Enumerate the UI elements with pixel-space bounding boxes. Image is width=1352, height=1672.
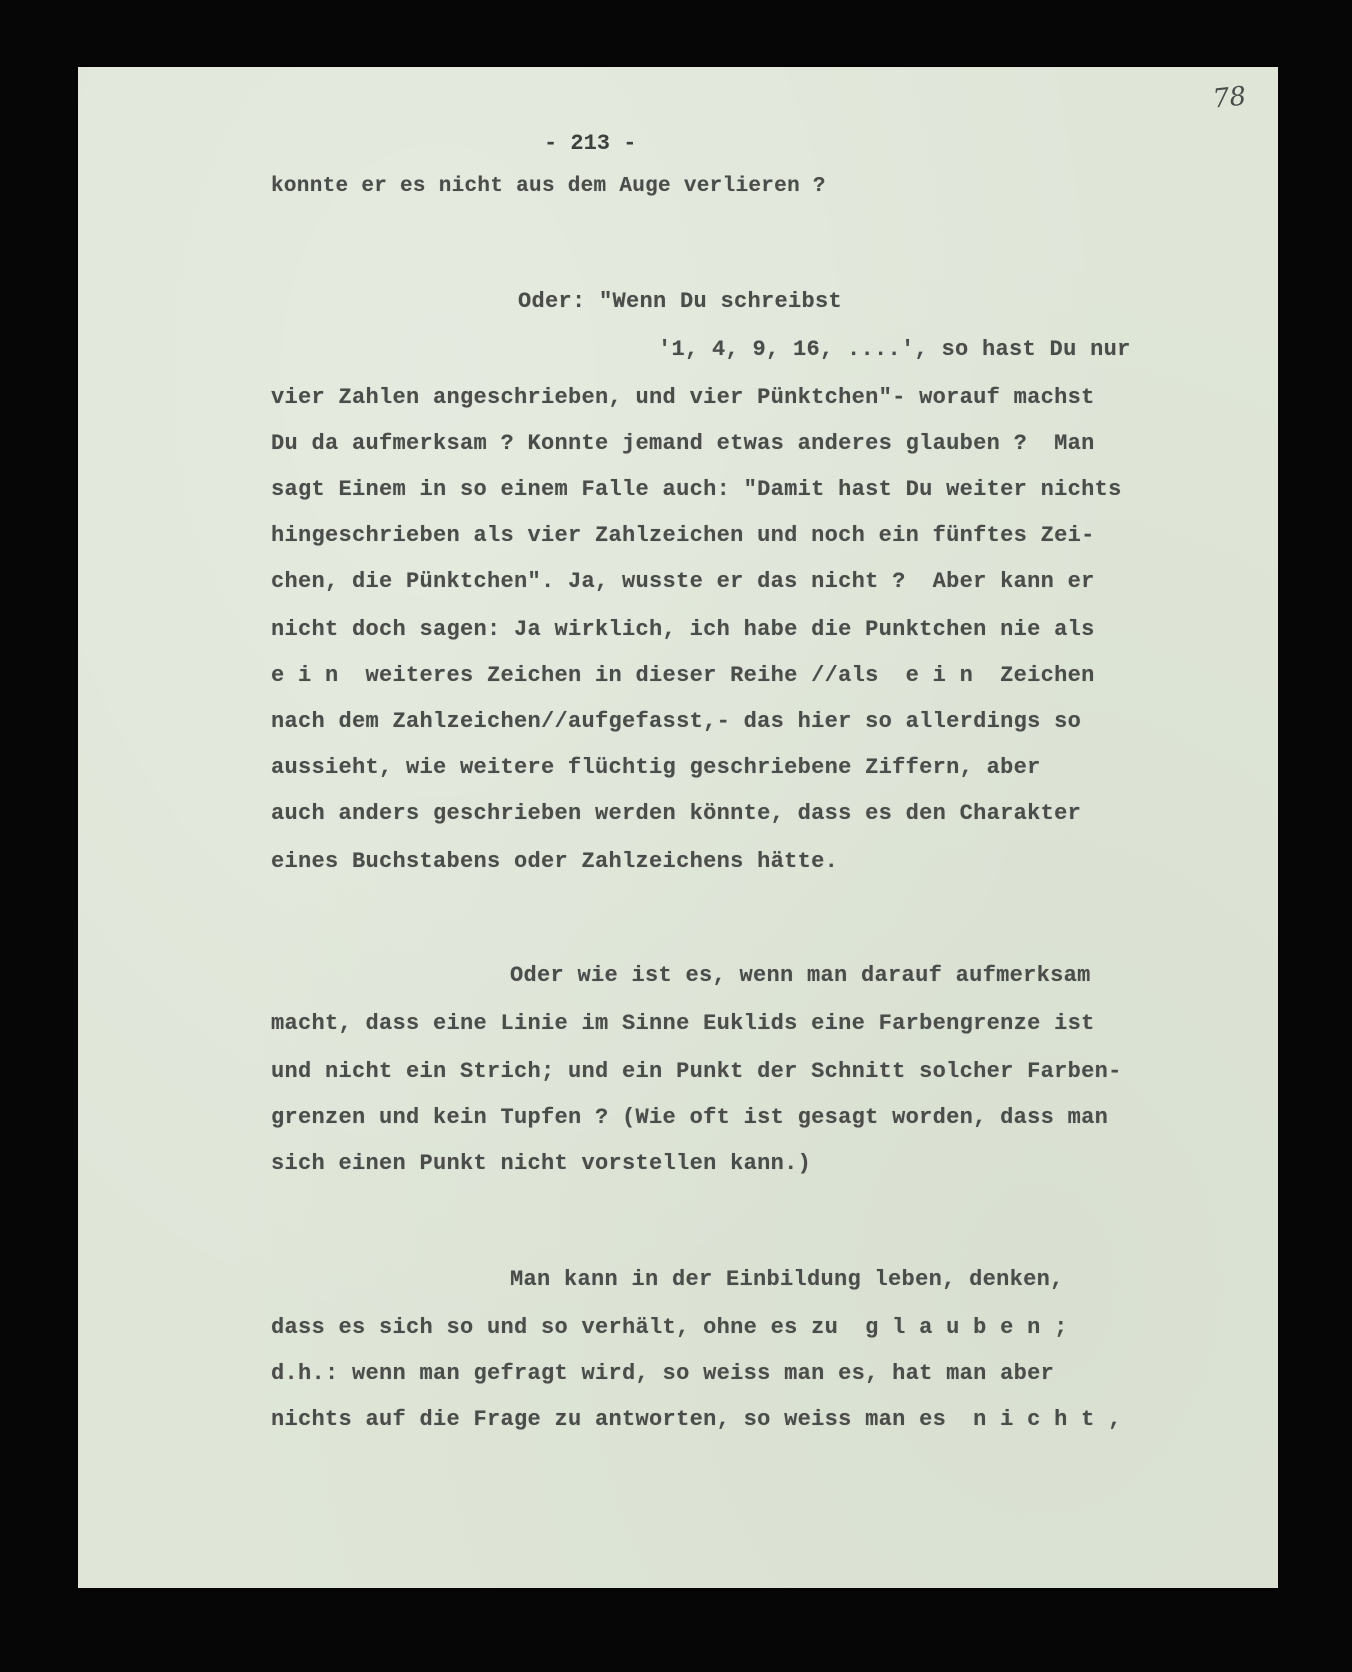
text-line: sich einen Punkt nicht vorstellen kann.) — [271, 1151, 811, 1176]
text-line: dass es sich so und so verhält, ohne es … — [271, 1315, 1068, 1340]
text-line: hingeschrieben als vier Zahlzeichen und … — [271, 523, 1095, 548]
text-line: macht, dass eine Linie im Sinne Euklids … — [271, 1011, 1095, 1036]
text-line: nicht doch sagen: Ja wirklich, ich habe … — [271, 617, 1095, 642]
text-line: und nicht ein Strich; und ein Punkt der … — [271, 1059, 1122, 1084]
text-line: konnte er es nicht aus dem Auge verliere… — [271, 175, 826, 198]
text-line: Oder wie ist es, wenn man darauf aufmerk… — [510, 963, 1091, 988]
text-line: vier Zahlen angeschrieben, und vier Pünk… — [271, 385, 1095, 410]
typescript-page: 78 - 213 - konnte er es nicht aus dem Au… — [78, 67, 1278, 1588]
text-line: e i n weiteres Zeichen in dieser Reihe /… — [271, 663, 1095, 688]
text-line: Du da aufmerksam ? Konnte jemand etwas a… — [271, 431, 1095, 456]
text-line: auch anders geschrieben werden könnte, d… — [271, 801, 1081, 826]
text-line: '1, 4, 9, 16, ....', so hast Du nur — [658, 337, 1131, 362]
text-line: nichts auf die Frage zu antworten, so we… — [271, 1407, 1122, 1432]
text-line: nach dem Zahlzeichen//aufgefasst,- das h… — [271, 709, 1081, 734]
text-line: sagt Einem in so einem Falle auch: "Dami… — [271, 477, 1122, 502]
text-line: eines Buchstabens oder Zahlzeichens hätt… — [271, 849, 838, 874]
page-number: - 213 - — [544, 131, 636, 156]
text-line: aussieht, wie weitere flüchtig geschrieb… — [271, 755, 1041, 780]
text-line: grenzen und kein Tupfen ? (Wie oft ist g… — [271, 1105, 1108, 1130]
text-line: Man kann in der Einbildung leben, denken… — [510, 1267, 1064, 1292]
text-line: Oder: "Wenn Du schreibst — [518, 289, 842, 314]
text-line: d.h.: wenn man gefragt wird, so weiss ma… — [271, 1361, 1054, 1386]
handwritten-folio-number: 78 — [1212, 81, 1248, 114]
text-line: chen, die Pünktchen". Ja, wusste er das … — [271, 569, 1095, 594]
